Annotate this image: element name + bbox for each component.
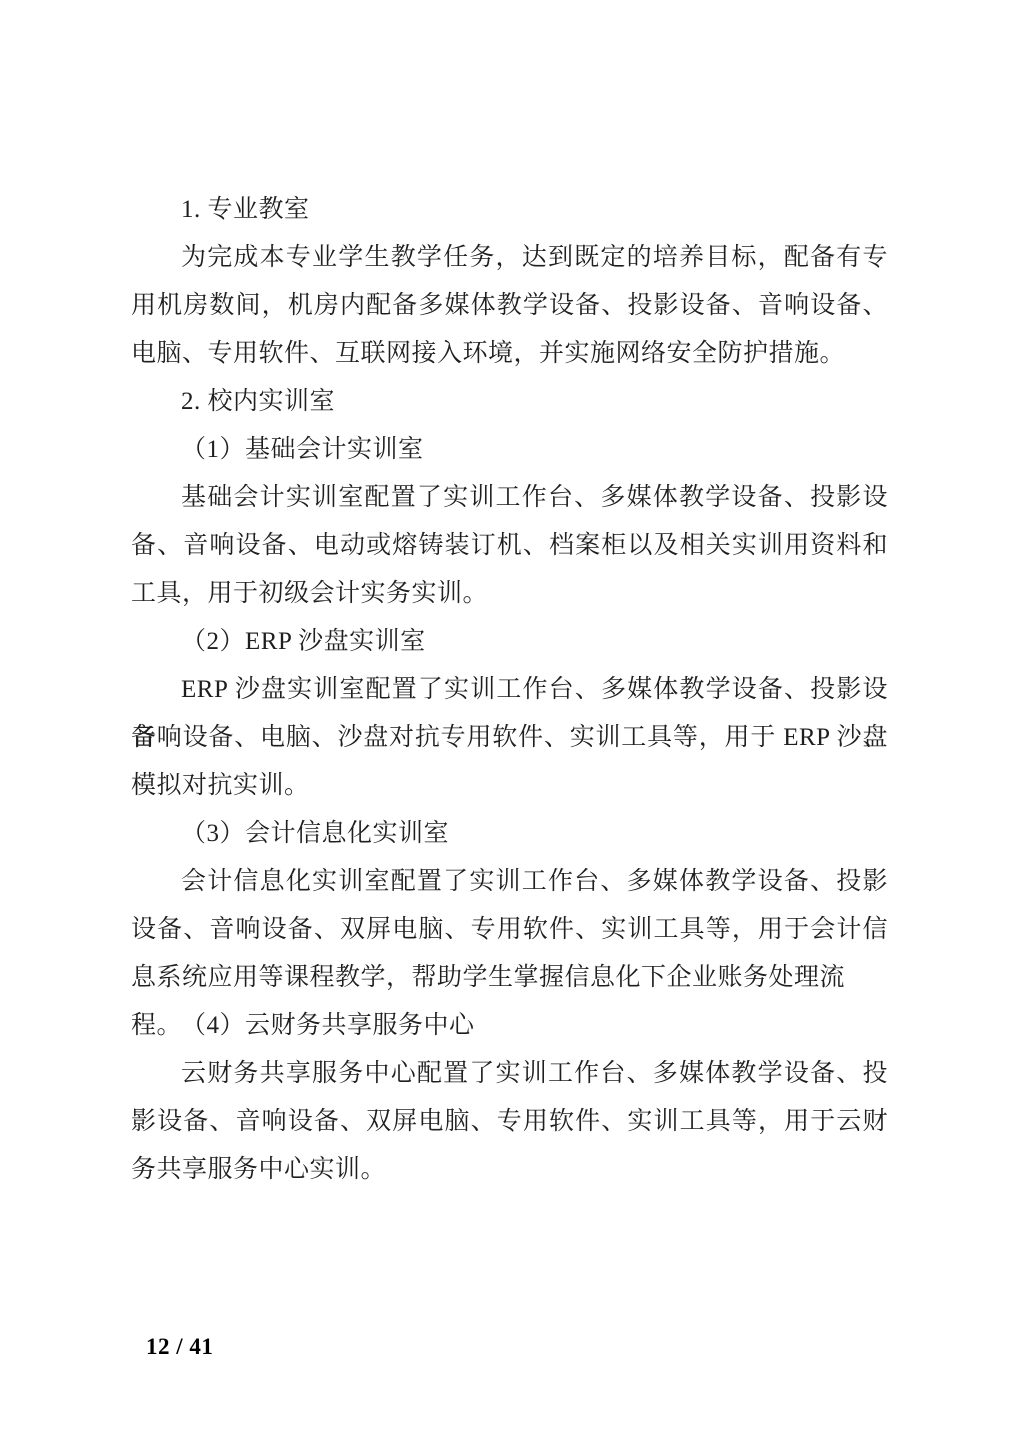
text-line: 影设备、音响设备、双屏电脑、专用软件、实训工具等，用于云财 (131, 1098, 888, 1146)
text-line: 电脑、专用软件、互联网接入环境，并实施网络安全防护措施。 (131, 330, 888, 378)
text-line: 基础会计实训室配置了实训工作台、多媒体教学设备、投影设 (131, 474, 888, 522)
text-line: 设备、音响设备、双屏电脑、专用软件、实训工具等，用于会计信 (131, 906, 888, 954)
document-body: 1. 专业教室为完成本专业学生教学任务，达到既定的培养目标，配备有专用机房数间，… (131, 186, 888, 1194)
text-line: （2）ERP 沙盘实训室 (131, 618, 888, 666)
text-line: 模拟对抗实训。 (131, 762, 888, 810)
text-line: 会计信息化实训室配置了实训工作台、多媒体教学设备、投影 (131, 858, 888, 906)
text-line: （3）会计信息化实训室 (131, 810, 888, 858)
text-line: 为完成本专业学生教学任务，达到既定的培养目标，配备有专 (131, 234, 888, 282)
text-line: 用机房数间，机房内配备多媒体教学设备、投影设备、音响设备、 (131, 282, 888, 330)
page-footer: 12 / 41 (146, 1332, 213, 1362)
text-line: ERP 沙盘实训室配置了实训工作台、多媒体教学设备、投影设备、 (131, 666, 888, 714)
page-number: 12 / 41 (146, 1334, 213, 1359)
text-line: 务共享服务中心实训。 (131, 1146, 888, 1194)
text-line: 息系统应用等课程教学，帮助学生掌握信息化下企业账务处理流程。 (131, 954, 888, 1002)
text-line: （4）云财务共享服务中心 (131, 1002, 888, 1050)
text-line: 云财务共享服务中心配置了实训工作台、多媒体教学设备、投 (131, 1050, 888, 1098)
text-line: （1）基础会计实训室 (131, 426, 888, 474)
document-page: 1. 专业教室为完成本专业学生教学任务，达到既定的培养目标，配备有专用机房数间，… (0, 0, 1024, 1448)
text-line: 工具，用于初级会计实务实训。 (131, 570, 888, 618)
text-line: 1. 专业教室 (131, 186, 888, 234)
text-line: 备、音响设备、电动或熔铸装订机、档案柜以及相关实训用资料和 (131, 522, 888, 570)
text-line: 2. 校内实训室 (131, 378, 888, 426)
text-line: 音响设备、电脑、沙盘对抗专用软件、实训工具等，用于 ERP 沙盘 (131, 714, 888, 762)
